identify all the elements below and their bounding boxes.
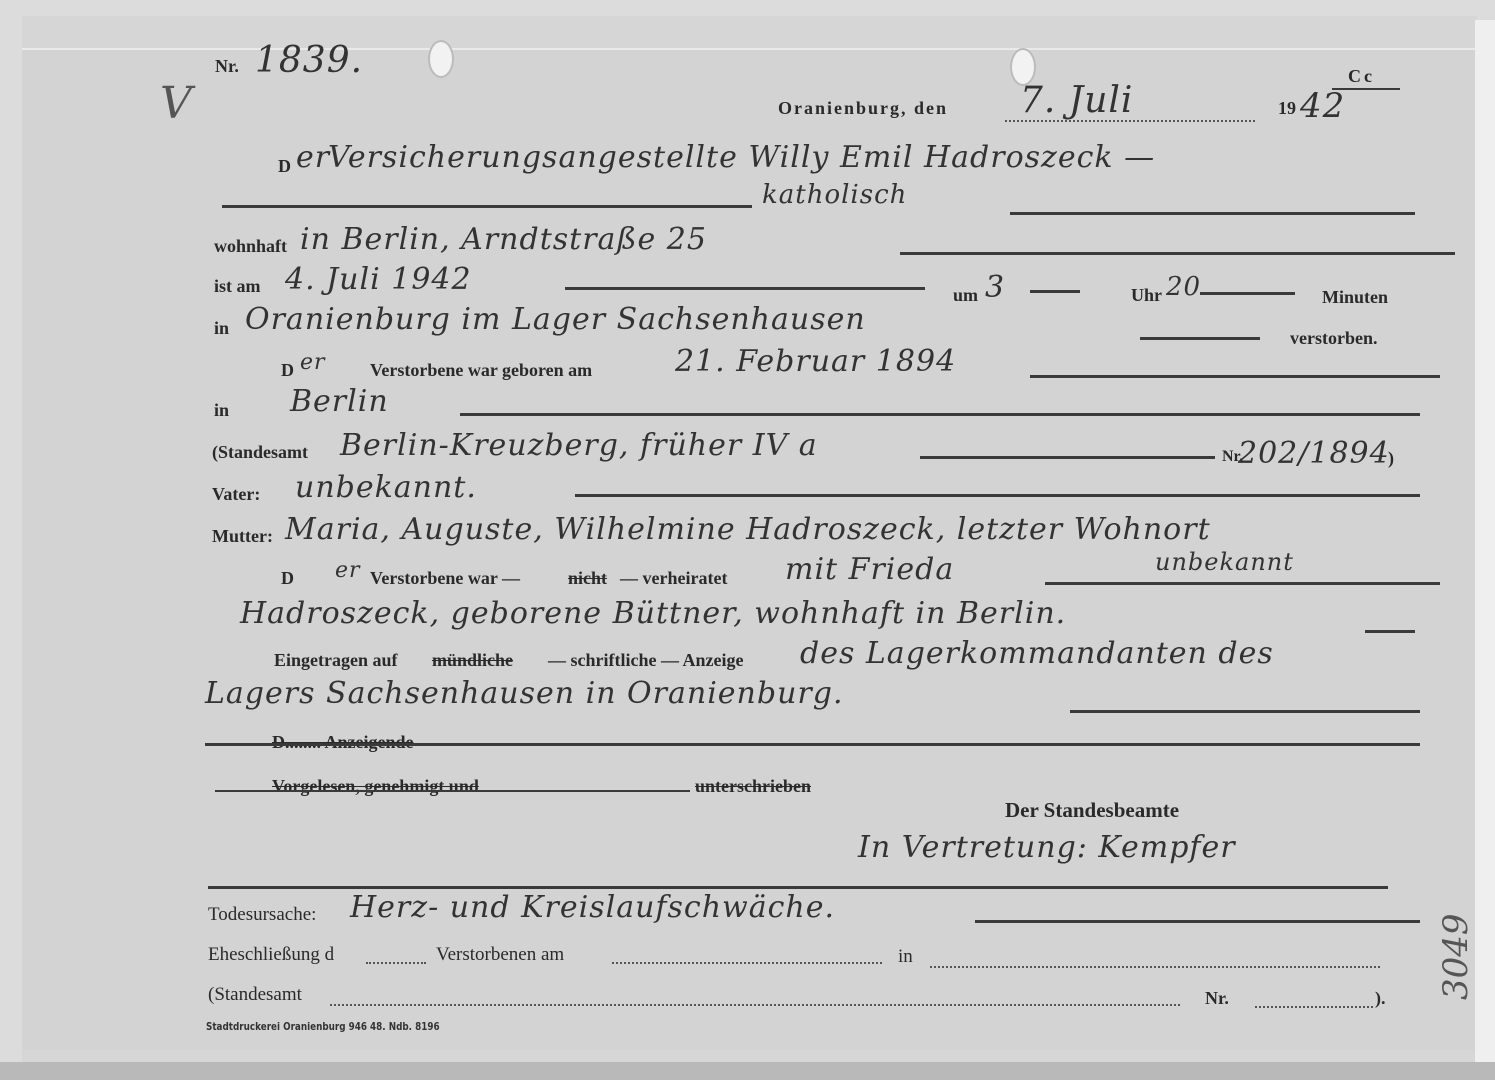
registration-label: Eingetragen auf bbox=[274, 650, 398, 671]
signed-label: unterschrieben bbox=[695, 776, 811, 797]
side-archive-number: 3049 bbox=[1436, 913, 1476, 1000]
registration-label-2: — schriftliche — Anzeige bbox=[548, 650, 743, 671]
marriage-registry-dotted bbox=[330, 1004, 1180, 1006]
hour-value: 3 bbox=[985, 270, 1005, 305]
hour-label: um bbox=[953, 285, 978, 306]
residence-fill-line bbox=[900, 252, 1455, 255]
marriage-date-label: Eheschließung d bbox=[208, 944, 334, 966]
informant-strike-line bbox=[205, 743, 1420, 746]
corner-code: Cc bbox=[1348, 66, 1375, 87]
birth-registry-fill-line bbox=[920, 456, 1215, 459]
marriage-place-dotted bbox=[930, 966, 1380, 968]
printer-imprint: Stadtdruckerei Oranienburg 946 48. Ndb. … bbox=[206, 1020, 440, 1033]
minutes-label: Minuten bbox=[1322, 287, 1388, 308]
scan-edge-bottom bbox=[0, 1062, 1495, 1080]
born-fill-line bbox=[1030, 375, 1440, 378]
birth-place-label: in bbox=[214, 400, 229, 421]
deceased-fill-line bbox=[222, 205, 752, 208]
hour-fill-line bbox=[1030, 290, 1080, 293]
uhr-label: Uhr bbox=[1131, 285, 1162, 306]
spouse-value: mit Frieda bbox=[785, 552, 954, 587]
deceased-article-value: er bbox=[296, 140, 330, 175]
marriage-registry-nr-dotted bbox=[1255, 1006, 1373, 1008]
father-fill-line bbox=[575, 494, 1420, 497]
official-title: Der Standesbeamte bbox=[1005, 798, 1179, 823]
death-date-fill-line bbox=[565, 287, 925, 290]
cause-fill-line bbox=[975, 920, 1420, 923]
punch-hole-left bbox=[428, 40, 454, 78]
marriage-date-label-2: Verstorbenen am bbox=[436, 944, 564, 966]
registration-value: des Lagerkommandanten des bbox=[800, 636, 1274, 671]
signature-line bbox=[208, 886, 1388, 889]
marriage-in-label: in bbox=[898, 946, 913, 968]
deceased-description: Versicherungsangestellte Willy Emil Hadr… bbox=[328, 140, 1155, 175]
minute-value: 20 bbox=[1166, 272, 1201, 302]
death-date-value: 4. Juli 1942 bbox=[285, 262, 472, 297]
residence-label: wohnhaft bbox=[214, 236, 287, 257]
year-prefix: 19 bbox=[1278, 98, 1296, 119]
scan-edge-right bbox=[1475, 20, 1495, 1080]
marriage-text-label: Verstorbene war — bbox=[370, 568, 520, 589]
death-place-label: in bbox=[214, 318, 229, 339]
born-label: Verstorbene war geboren am bbox=[370, 360, 592, 381]
death-place-fill-line bbox=[1140, 337, 1260, 340]
registration-fill-line bbox=[1070, 710, 1420, 713]
death-place-value: Oranienburg im Lager Sachsenhausen bbox=[245, 302, 866, 337]
spouse-value-2: Hadroszeck, geborene Büttner, wohnhaft i… bbox=[240, 596, 1066, 631]
registration-struck-option: mündliche bbox=[432, 650, 513, 671]
marriage-date-dotted bbox=[612, 962, 882, 964]
birth-registry-close: ) bbox=[1388, 448, 1394, 469]
birth-place-value: Berlin bbox=[290, 384, 389, 419]
read-approved-label: Vorgelesen, genehmigt und bbox=[272, 776, 479, 797]
mother-value-2: unbekannt bbox=[1155, 548, 1294, 576]
died-label: verstorben. bbox=[1290, 328, 1377, 349]
marriage-registry-close: ). bbox=[1375, 988, 1386, 1009]
marriage-registry-label: (Standesamt bbox=[208, 984, 302, 1006]
date-value: 7. Juli bbox=[1020, 80, 1133, 121]
birth-registry-label: (Standesamt bbox=[212, 442, 308, 463]
father-value: unbekannt. bbox=[295, 470, 477, 505]
father-label: Vater: bbox=[212, 484, 260, 505]
birth-registry-value: Berlin-Kreuzberg, früher IV a bbox=[340, 428, 818, 463]
official-signature: In Vertretung: Kempfer bbox=[858, 830, 1236, 865]
death-date-label: ist am bbox=[214, 276, 261, 297]
marriage-registry-nr-label: Nr. bbox=[1205, 988, 1229, 1009]
corner-code-underline bbox=[1332, 88, 1400, 90]
nr-value: 1839. bbox=[255, 40, 363, 81]
year-value: 42 bbox=[1300, 86, 1345, 126]
religion-fill-line bbox=[1010, 212, 1415, 215]
marriage-article-dotted bbox=[366, 962, 426, 964]
marriage-article-label: D bbox=[281, 568, 294, 589]
birth-place-fill-line bbox=[460, 413, 1420, 416]
place-date-label: Oranienburg, den bbox=[778, 98, 948, 119]
registration-value-2: Lagers Sachsenhausen in Oranienburg. bbox=[205, 676, 843, 711]
marriage-article-value: er bbox=[335, 558, 361, 583]
spouse-fill-line-2 bbox=[1365, 630, 1415, 633]
birth-article-value: er bbox=[300, 350, 326, 375]
deceased-article-label: D bbox=[278, 156, 291, 177]
residence-value: in Berlin, Arndtstraße 25 bbox=[300, 222, 707, 257]
minute-fill-line bbox=[1200, 292, 1295, 295]
check-mark-icon: V bbox=[160, 78, 192, 129]
marriage-married-label: — verheiratet bbox=[620, 568, 727, 589]
cause-label: Todesursache: bbox=[208, 904, 316, 926]
birth-article-label: D bbox=[281, 360, 294, 381]
birth-registry-nr-value: 202/1894 bbox=[1238, 436, 1390, 471]
date-dotted-line bbox=[1005, 120, 1255, 122]
mother-value: Maria, Auguste, Wilhelmine Hadroszeck, l… bbox=[285, 512, 1211, 547]
born-date-value: 21. Februar 1894 bbox=[675, 344, 956, 379]
nr-label: Nr. bbox=[215, 56, 239, 77]
read-strike-line bbox=[215, 790, 690, 792]
mother-label: Mutter: bbox=[212, 526, 273, 547]
cause-value: Herz- und Kreislaufschwäche. bbox=[350, 890, 835, 925]
deceased-religion: katholisch bbox=[762, 180, 907, 210]
marriage-not-label: nicht bbox=[568, 568, 607, 589]
spouse-fill-line bbox=[1045, 582, 1440, 585]
